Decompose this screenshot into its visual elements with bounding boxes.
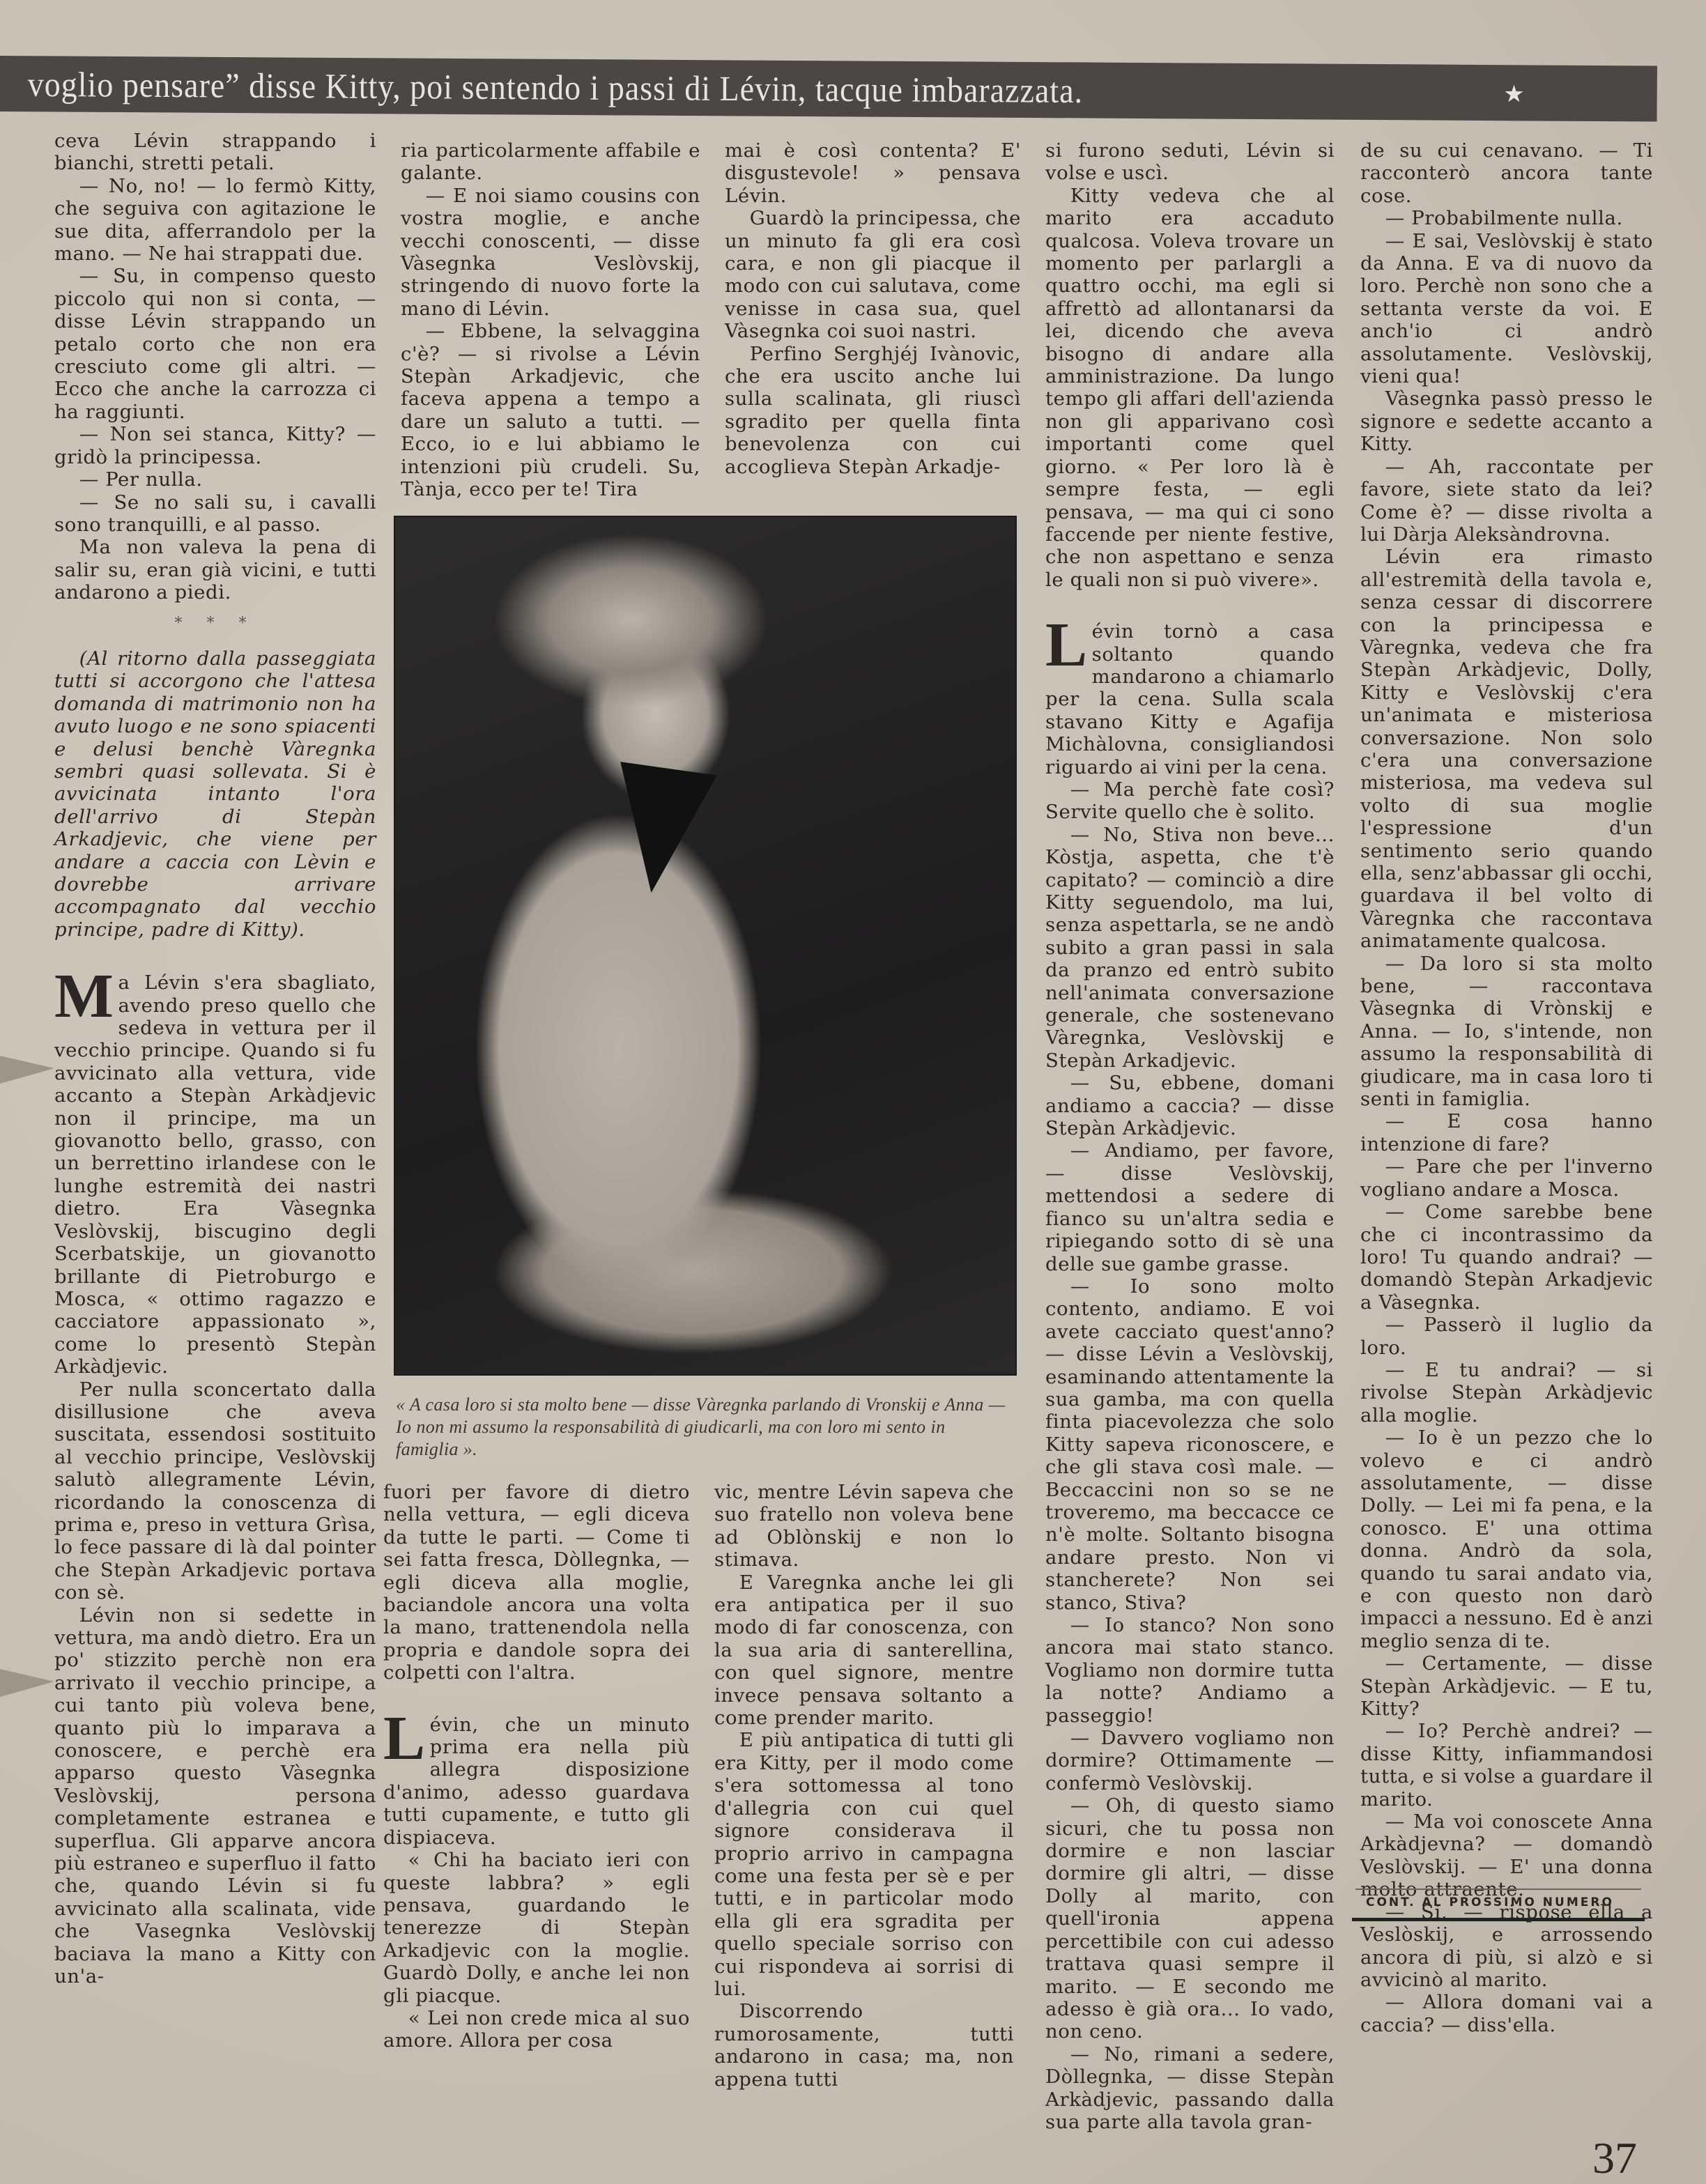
column-5: de su cui cenavano. — Ti racconterò anco… <box>1360 139 1653 2036</box>
paper-tear-mark <box>0 1669 54 1697</box>
paragraph: — Passerò il luglio da loro. <box>1360 1314 1653 1359</box>
paragraph: — Davvero vogliamo non dormire? Ottimame… <box>1045 1727 1335 1794</box>
paragraph: fuori per favore di dietro nella vettura… <box>383 1481 690 1684</box>
column-3-bottom: vic, mentre Lévin sapeva che suo fratell… <box>714 1481 1014 2091</box>
continued-label: CONT. AL PROSSIMO NUMERO <box>1366 1895 1614 1909</box>
paragraph: — Pare che per l'inverno vogliano andare… <box>1360 1155 1653 1201</box>
paragraph: Lévin non si sedette in vettura, ma andò… <box>54 1604 376 1988</box>
paragraph: E più antipatica di tutti gli era Kitty,… <box>714 1729 1014 2000</box>
paragraph-with-dropcap: Lévin tornò a casa soltanto quando manda… <box>1045 620 1335 778</box>
column-2-top: ria particolarmente affabile e galante. … <box>401 139 700 501</box>
paragraph: E Varegnka anche lei gli era antipatica … <box>714 1571 1014 1730</box>
paragraph: — E tu andrai? — si rivolse Stepàn Arkàd… <box>1360 1359 1653 1426</box>
paragraph: — No, Stiva non beve... Kòstja, aspetta,… <box>1045 824 1335 1072</box>
paragraph: — Su, in compenso questo piccolo qui non… <box>54 265 376 423</box>
paragraph: — Sì, — rispose ella a Veslòskij, e arro… <box>1360 1901 1653 1992</box>
paragraph: — Ebbene, la selvaggina c'è? — si rivols… <box>401 320 700 500</box>
paragraph: — Su, ebbene, domani andiamo a caccia? —… <box>1045 1072 1335 1139</box>
paragraph: — Da loro si sta molto bene, — raccontav… <box>1360 953 1653 1111</box>
paragraph-with-dropcap: Ma Lévin s'era sbagliato, avendo preso q… <box>54 971 376 1378</box>
drop-cap: M <box>54 971 114 1022</box>
paragraph: Kitty vedeva che al marito era accaduto … <box>1045 185 1335 591</box>
paragraph: — Allora domani vai a caccia? — diss'ell… <box>1360 1991 1653 2036</box>
paragraph: Per nulla sconcertato dalla disillusione… <box>54 1378 376 1604</box>
paragraph-with-dropcap: Lévin, che un minuto prima era nella più… <box>383 1714 690 1849</box>
header-banner: voglio pensare” disse Kitty, poi sentend… <box>0 56 1657 122</box>
paragraph: — E cosa hanno intenzione di fare? <box>1360 1110 1653 1155</box>
paper-tear-mark <box>0 1056 54 1084</box>
paragraph: ceva Lévin strappando i bianchi, stretti… <box>54 130 376 175</box>
paragraph: Ma non valeva la pena di salir su, eran … <box>54 536 376 603</box>
paragraph: — Andiamo, per favore, — disse Veslòvski… <box>1045 1139 1335 1275</box>
paragraph: — Ma voi conoscete Anna Arkàdjevna? — do… <box>1360 1810 1653 1901</box>
paragraph: — Io? Perchè andrei? — disse Kitty, infi… <box>1360 1720 1653 1810</box>
paragraph: Lévin era rimasto all'estremità della ta… <box>1360 546 1653 952</box>
paragraph: — Ma perchè fate così? Servite quello ch… <box>1045 778 1335 824</box>
photo-caption: « A casa loro si sta molto bene — disse … <box>396 1394 1009 1461</box>
paragraph: — Per nulla. <box>54 468 376 491</box>
paragraph: — Probabilmente nulla. <box>1360 207 1653 229</box>
paragraph: de su cui cenavano. — Ti racconterò anco… <box>1360 139 1653 207</box>
page-number: 37 <box>1592 2132 1637 2184</box>
paragraph: si furono seduti, Lévin si volse e uscì. <box>1045 139 1335 185</box>
column-2-bottom: fuori per favore di dietro nella vettura… <box>383 1481 690 2052</box>
paragraph: vic, mentre Lévin sapeva che suo fratell… <box>714 1481 1014 1571</box>
paragraph: mai è così contenta? E' disgustevole! » … <box>725 139 1021 207</box>
drop-cap: L <box>1045 620 1088 670</box>
paragraph: — E sai, Veslòvskij è stato da Anna. E v… <box>1360 230 1653 388</box>
paragraph: « Lei non crede mica al suo amore. Allor… <box>383 2007 690 2052</box>
paragraph: — Certamente, — disse Stepàn Arkàdjevic.… <box>1360 1652 1653 1720</box>
paragraph: — No, rimani a sedere, Dòllegnka, — diss… <box>1045 2043 1335 2134</box>
paragraph: — Non sei stanca, Kitty? — gridò la prin… <box>54 423 376 468</box>
header-quote: voglio pensare” disse Kitty, poi sentend… <box>0 63 1083 111</box>
paragraph: — Come sarebbe bene che ci incontrassimo… <box>1360 1201 1653 1314</box>
column-1-top-text: ceva Lévin strappando i bianchi, stretti… <box>54 130 376 604</box>
paragraph: — Io è un pezzo che lo volevo e ci andrò… <box>1360 1426 1653 1652</box>
divider <box>1355 1889 1641 1890</box>
paragraph: — Se no sali su, i cavalli sono tranquil… <box>54 491 376 537</box>
paragraph: Perfino Serghjéj Ivànovic, che era uscit… <box>725 343 1021 478</box>
paragraph: — No, no! — lo fermò Kitty, che seguiva … <box>54 175 376 266</box>
paragraph: — E noi siamo cousins con vostra moglie,… <box>401 185 700 320</box>
paragraph: Discorrendo rumorosamente, tutti andaron… <box>714 2000 1014 2091</box>
paragraph: « Chi ha baciato ieri con queste labbra?… <box>383 1849 690 2007</box>
section-separator: * * * <box>54 613 376 635</box>
paragraph: ria particolarmente affabile e galante. <box>401 139 700 185</box>
column-4: si furono seduti, Lévin si volse e uscì.… <box>1045 139 1335 2133</box>
column-1: ceva Lévin strappando i bianchi, stretti… <box>54 130 376 1988</box>
paragraph: Guardò la principessa, che un minuto fa … <box>725 207 1021 342</box>
star-icon: ★ <box>1503 80 1525 108</box>
paragraph: Vàsegnka passò presso le signore e sedet… <box>1360 387 1653 455</box>
drop-cap: L <box>383 1714 426 1764</box>
paragraph: — Io sono molto contento, andiamo. E voi… <box>1045 1275 1335 1614</box>
column-3-top: mai è così contenta? E' disgustevole! » … <box>725 139 1021 478</box>
paragraph: — Oh, di questo siamo sicuri, che tu pos… <box>1045 1794 1335 2043</box>
divider <box>1352 1918 1645 1921</box>
portrait-photo <box>394 516 1017 1376</box>
paragraph: — Ah, raccontate per favore, siete stato… <box>1360 456 1653 546</box>
paragraph: — Io stanco? Non sono ancora mai stato s… <box>1045 1614 1335 1727</box>
summary-paragraph: (Al ritorno dalla passeggiata tutti si a… <box>54 647 376 941</box>
photo-bowtie-detail <box>603 762 717 900</box>
